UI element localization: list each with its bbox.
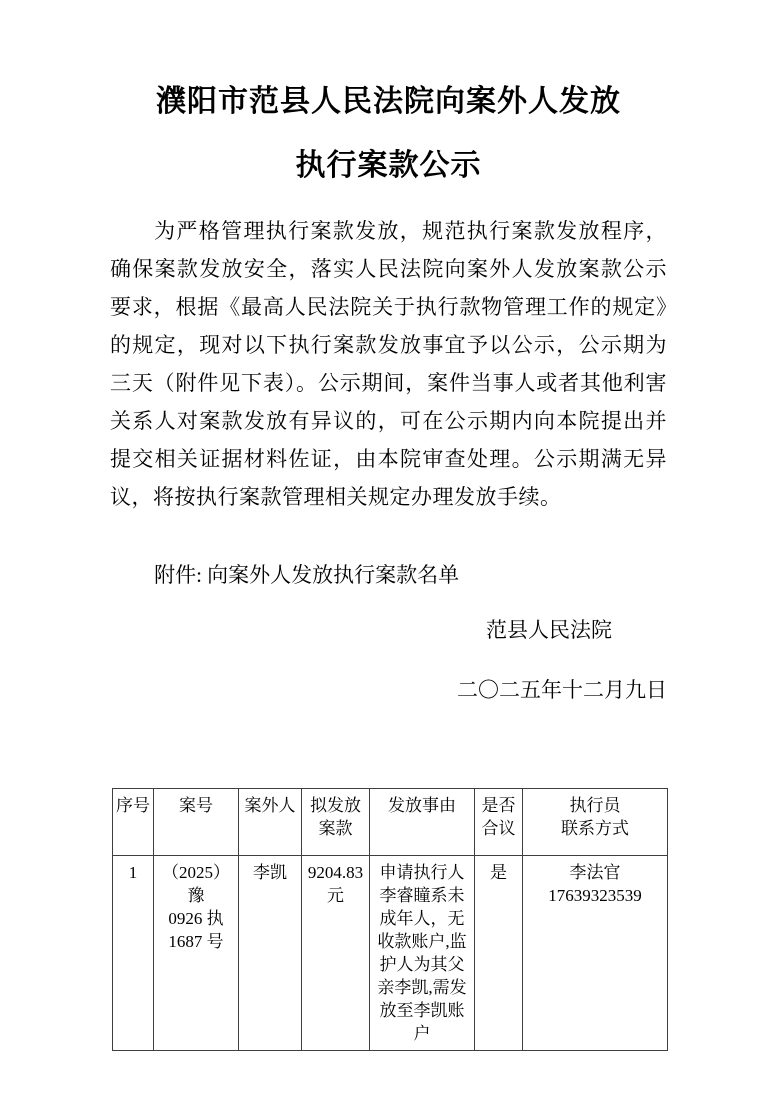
body-paragraph: 为严格管理执行案款发放，规范执行案款发放程序，确保案款发放安全，落实人民法院向案…	[110, 212, 667, 516]
cell-case-number: （2025）豫 0926 执 1687 号	[154, 856, 239, 1051]
cell-reason: 申请执行人李睿瞳系未成年人，无收款账户,监护人为其父亲李凯,需发放至李凯账户	[370, 856, 475, 1051]
cell-amount: 9204.83 元	[302, 856, 370, 1051]
title-line-2: 执行案款公示	[110, 134, 667, 198]
cell-panel: 是	[475, 856, 523, 1051]
col-header-panel: 是否 合议	[475, 789, 523, 856]
signature-court-name: 范县人民法院	[110, 611, 667, 649]
col-header-amount: 拟发放 案款	[302, 789, 370, 856]
col-header-seq: 序号	[113, 789, 154, 856]
table-row: 1 （2025）豫 0926 执 1687 号 李凯 9204.83 元 申请执…	[113, 856, 668, 1051]
case-fund-table: 序号 案号 案外人 拟发放 案款 发放事由 是否 合议 执行员 联系方式 1 （…	[112, 788, 668, 1051]
col-header-case-number: 案号	[154, 789, 239, 856]
col-header-executor-contact: 执行员 联系方式	[523, 789, 668, 856]
col-header-outsider: 案外人	[239, 789, 302, 856]
table-header-row: 序号 案号 案外人 拟发放 案款 发放事由 是否 合议 执行员 联系方式	[113, 789, 668, 856]
document-page: 濮阳市范县人民法院向案外人发放 执行案款公示 为严格管理执行案款发放，规范执行案…	[0, 0, 780, 1103]
cell-executor-contact: 李法官 17639323539	[523, 856, 668, 1051]
cell-seq: 1	[113, 856, 154, 1051]
document-content: 濮阳市范县人民法院向案外人发放 执行案款公示 为严格管理执行案款发放，规范执行案…	[110, 0, 667, 1051]
title-line-1: 濮阳市范县人民法院向案外人发放	[110, 70, 667, 134]
cell-outsider: 李凯	[239, 856, 302, 1051]
signature-date: 二〇二五年十二月九日	[110, 671, 667, 709]
attachment-line: 附件: 向案外人发放执行案款名单	[110, 556, 667, 594]
col-header-reason: 发放事由	[370, 789, 475, 856]
document-title: 濮阳市范县人民法院向案外人发放 执行案款公示	[110, 0, 667, 198]
